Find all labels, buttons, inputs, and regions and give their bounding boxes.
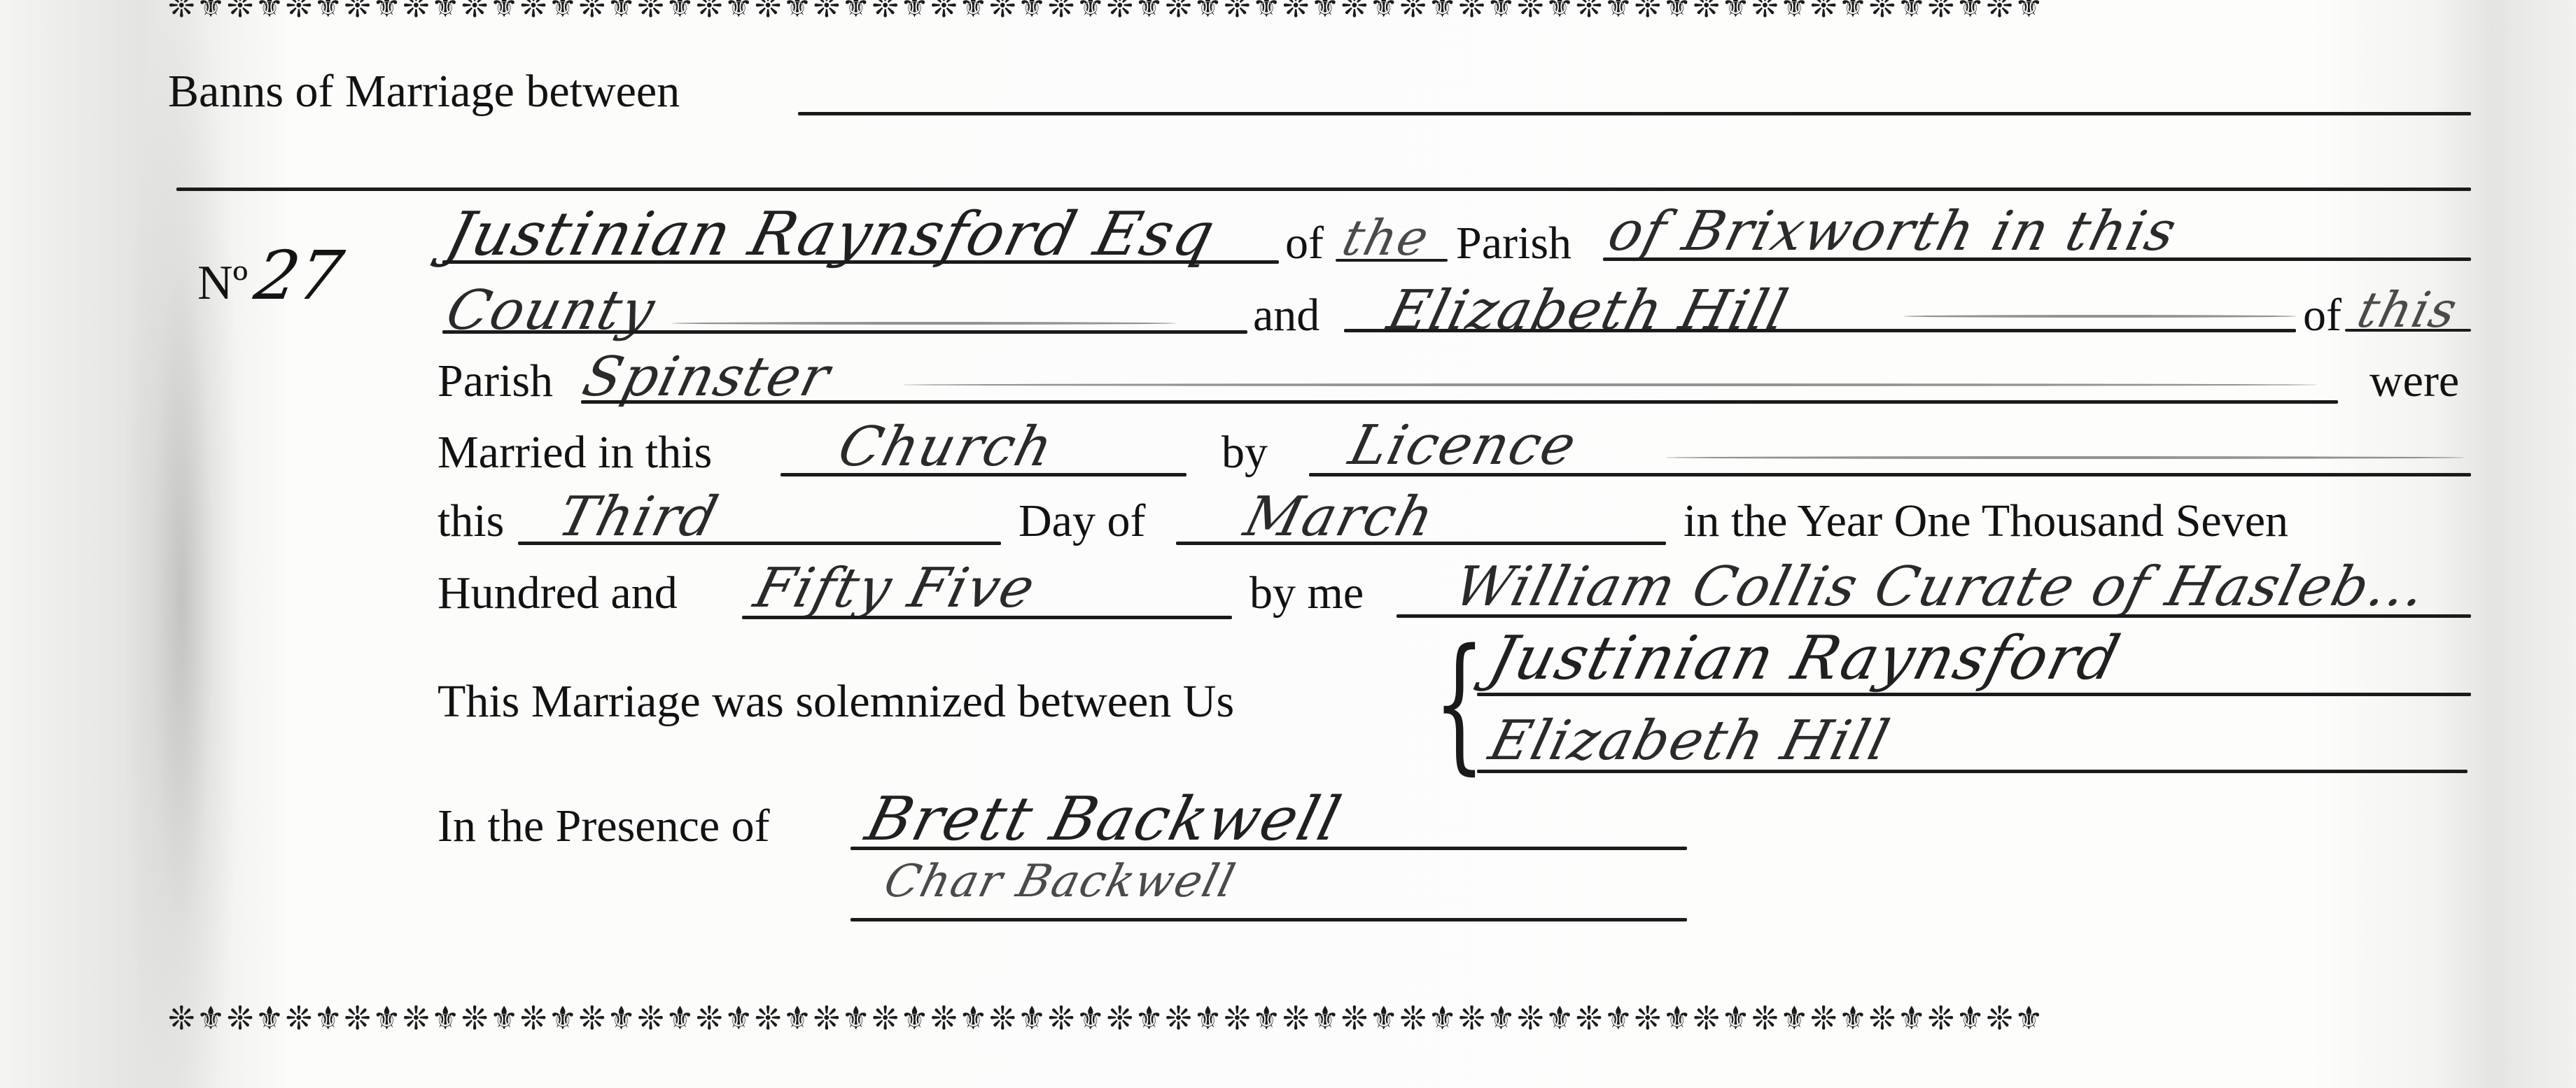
printed-day-of: Day of bbox=[1018, 498, 1145, 544]
printed-presence: In the Presence of bbox=[437, 803, 770, 849]
fill-dash-1 bbox=[672, 322, 1176, 325]
printed-married-in-this: Married in this bbox=[437, 430, 712, 476]
year-handwritten: Fifty Five bbox=[749, 561, 1041, 616]
printed-hundred-and: Hundred and bbox=[437, 570, 678, 616]
banns-line-2 bbox=[176, 188, 2471, 191]
ornament-border-top: ❊⚜❊⚜❊⚜❊⚜❊⚜❊⚜❊⚜❊⚜❊⚜❊⚜❊⚜❊⚜❊⚜❊⚜❊⚜❊⚜❊⚜❊⚜❊⚜❊⚜… bbox=[168, 0, 2471, 27]
printed-by: by bbox=[1221, 430, 1268, 476]
printed-of-2: of bbox=[2303, 292, 2341, 339]
page-shadow-left bbox=[126, 0, 238, 1088]
year-line bbox=[742, 616, 1232, 619]
fill-dash-4 bbox=[1666, 456, 2464, 459]
printed-were: were bbox=[2369, 358, 2459, 404]
ornament-border-bottom: ❊⚜❊⚜❊⚜❊⚜❊⚜❊⚜❊⚜❊⚜❊⚜❊⚜❊⚜❊⚜❊⚜❊⚜❊⚜❊⚜❊⚜❊⚜❊⚜❊⚜… bbox=[168, 997, 2471, 1039]
officiant-handwritten: William Collis Curate of Hasleb... bbox=[1449, 560, 2432, 614]
day-line bbox=[518, 542, 1001, 545]
printed-of-1: of bbox=[1285, 220, 1324, 267]
witness-1-line bbox=[850, 847, 1687, 850]
bride-status-handwritten: Spinster bbox=[577, 350, 836, 404]
bride-name-line bbox=[1344, 329, 2296, 332]
officiant-line bbox=[1396, 614, 2471, 618]
fill-dash-3 bbox=[903, 383, 2317, 386]
entry-number-label: Nº bbox=[197, 256, 248, 310]
groom-name-handwritten: Justinian Raynsford Esq bbox=[440, 204, 1221, 264]
printed-parish-2: Parish bbox=[437, 358, 553, 404]
bride-status-line bbox=[581, 400, 2338, 404]
page-shadow-right bbox=[2436, 0, 2576, 1088]
bride-signature: Elizabeth Hill bbox=[1484, 714, 1895, 768]
printed-by-me: by me bbox=[1249, 570, 1364, 616]
register-page: ❊⚜❊⚜❊⚜❊⚜❊⚜❊⚜❊⚜❊⚜❊⚜❊⚜❊⚜❊⚜❊⚜❊⚜❊⚜❊⚜❊⚜❊⚜❊⚜❊⚜… bbox=[0, 0, 2576, 1088]
witness-2-line bbox=[850, 918, 1687, 921]
groom-parish-line bbox=[1603, 257, 2471, 261]
banns-label: Banns of Marriage between bbox=[168, 69, 680, 115]
groom-of-handwritten: the bbox=[1338, 213, 1434, 262]
bride-of-line bbox=[2345, 329, 2471, 332]
printed-in-the-year: in the Year One Thousand Seven bbox=[1683, 498, 2288, 544]
entry-number: Nº27 bbox=[197, 236, 342, 315]
bride-signature-line bbox=[1477, 770, 2467, 773]
banns-line-1 bbox=[798, 112, 2471, 115]
printed-and: and bbox=[1253, 292, 1319, 339]
month-line bbox=[1176, 542, 1666, 545]
day-handwritten: Third bbox=[553, 490, 724, 544]
printed-parish-1: Parish bbox=[1456, 220, 1571, 267]
bride-of-handwritten: this bbox=[2353, 285, 2463, 334]
fill-dash-2 bbox=[1904, 315, 2296, 318]
entry-number-value: 27 bbox=[249, 236, 349, 315]
groom-parish-handwritten: of Brixworth in this bbox=[1603, 204, 2183, 259]
by-handwritten: Licence bbox=[1344, 418, 1582, 473]
brace-icon: { bbox=[1434, 630, 1485, 777]
groom-of-line bbox=[1336, 259, 1448, 262]
groom-signature: Justinian Raynsford bbox=[1483, 628, 2126, 688]
groom-signature-line bbox=[1477, 693, 2471, 696]
witness-1-signature: Brett Backwell bbox=[860, 789, 1347, 849]
by-line bbox=[1309, 473, 2471, 476]
groom-name-line bbox=[442, 260, 1279, 264]
place-handwritten: Church bbox=[833, 420, 1059, 474]
printed-solemnized: This Marriage was solemnized between Us bbox=[437, 679, 1234, 725]
month-handwritten: March bbox=[1239, 490, 1440, 544]
witness-2-signature: Char Backwell bbox=[880, 859, 1240, 904]
place-line bbox=[780, 473, 1186, 476]
county-line bbox=[442, 330, 1247, 334]
printed-this: this bbox=[437, 498, 504, 544]
